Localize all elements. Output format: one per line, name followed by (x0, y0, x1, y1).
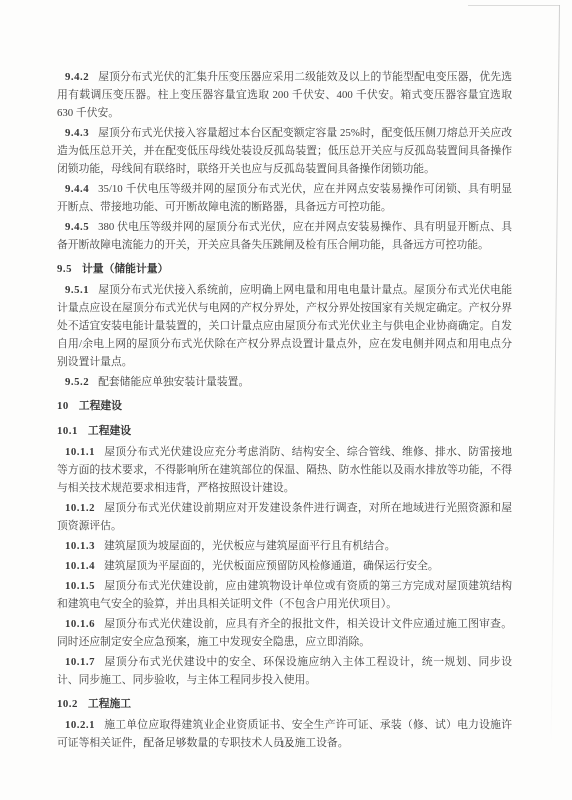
document-content: 9.4.2屋顶分布式光伏的汇集升压变压器应采用二级能效及以上的节能型配电变压器，… (57, 66, 512, 752)
clause: 9.4.5380 伏电压等级并网的屋顶分布式光伏，应在并网点安装易操作、具有明显… (57, 216, 512, 254)
clause-number: 10.1.2 (65, 502, 95, 514)
clause: 9.4.2屋顶分布式光伏的汇集升压变压器应采用二级能效及以上的节能型配电变压器，… (57, 66, 512, 122)
clause: 9.4.3屋顶分布式光伏接入容量超过本台区配变额定容量 25%时，配变低压侧刀熔… (57, 122, 512, 178)
clause-number: 9.4.4 (65, 183, 89, 195)
section-title: 计量（储能计量） (82, 263, 168, 275)
clause-number: 10.1.1 (65, 446, 95, 458)
clause: 10.1.3建筑屋顶为坡屋面的，光伏板应与建筑屋面平行且有机结合。 (57, 535, 512, 555)
clause-number: 10.2.1 (65, 719, 95, 731)
clause-text: 配套储能应单独安装计量装置。 (98, 376, 249, 388)
clause-text: 建筑屋顶为坡屋面的，光伏板应与建筑屋面平行且有机结合。 (104, 540, 396, 552)
clause-text: 屋顶分布式光伏接入容量超过本台区配变额定容量 25%时，配变低压侧刀熔总开关应改… (57, 127, 512, 175)
clause: 9.4.435/10 千伏电压等级并网的屋顶分布式光伏，应在并网点安装易操作可闭… (57, 178, 512, 216)
section-heading: 10.1工程建设 (57, 416, 512, 441)
clause-text: 屋顶分布式光伏建设前，应具有齐全的报批文件，相关设计文件应通过施工图审查。同时还… (57, 618, 512, 648)
clause-text: 屋顶分布式光伏接入系统前，应明确上网电量和用电电量计量点。屋顶分布式光伏电能计量… (57, 284, 512, 368)
section-number: 9.5 (57, 263, 72, 275)
section-title: 工程建设 (79, 400, 122, 412)
clause-number: 9.4.5 (65, 221, 89, 233)
scan-edge-top-line (468, 5, 560, 6)
section-title: 工程建设 (88, 425, 131, 437)
section-heading: 10.2工程施工 (57, 689, 512, 714)
clause-number: 10.1.3 (65, 540, 95, 552)
clause-text: 建筑屋顶为平屋面的，光伏板面应预留防风检修通道，确保运行安全。 (104, 560, 439, 572)
clause: 10.1.2屋顶分布式光伏建设前期应对开发建设条件进行调查，对所在地域进行光照资… (57, 497, 512, 535)
clause: 10.1.4建筑屋顶为平屋面的，光伏板面应预留防风检修通道，确保运行安全。 (57, 555, 512, 575)
clause-text: 屋顶分布式光伏的汇集升压变压器应采用二级能效及以上的节能型配电变压器，优先选用有… (57, 71, 512, 119)
clause: 10.1.7屋顶分布式光伏建设中的安全、环保设施应纳入主体工程设计，统一规划、同… (57, 651, 512, 689)
scan-edge-right-line (551, 5, 560, 747)
clause-number: 10.1.6 (65, 618, 95, 630)
section-heading: 10工程建设 (57, 391, 512, 416)
clause-number: 10.1.7 (65, 656, 95, 668)
clause: 10.1.5屋顶分布式光伏建设前，应由建筑物设计单位或有资质的第三方完成对屋顶建… (57, 575, 512, 613)
clause-number: 9.5.1 (65, 284, 89, 296)
clause-number: 10.1.4 (65, 560, 95, 572)
clause: 9.5.1屋顶分布式光伏接入系统前，应明确上网电量和用电电量计量点。屋顶分布式光… (57, 279, 512, 371)
clause: 10.1.6屋顶分布式光伏建设前，应具有齐全的报批文件，相关设计文件应通过施工图… (57, 613, 512, 651)
document-page: 9.4.2屋顶分布式光伏的汇集升压变压器应采用二级能效及以上的节能型配电变压器，… (0, 0, 572, 800)
clause-text: 35/10 千伏电压等级并网的屋顶分布式光伏，应在并网点安装易操作可闭锁、具有明… (57, 183, 512, 213)
clause-text: 屋顶分布式光伏建设中的安全、环保设施应纳入主体工程设计，统一规划、同步设计、同步… (57, 656, 512, 686)
clause-text: 屋顶分布式光伏建设应充分考虑消防、结构安全、综合管线、维修、排水、防雷接地等方面… (57, 446, 512, 494)
section-title: 工程施工 (88, 698, 131, 710)
clause: 9.5.2配套储能应单独安装计量装置。 (57, 371, 512, 391)
clause-number: 9.4.3 (65, 127, 89, 139)
section-number: 10 (57, 400, 69, 412)
page-number: 15 (0, 740, 572, 750)
clause-number: 9.4.2 (65, 71, 89, 83)
clause-text: 屋顶分布式光伏建设前期应对开发建设条件进行调查，对所在地域进行光照资源和屋顶资源… (57, 502, 512, 532)
section-number: 10.2 (57, 698, 78, 710)
section-number: 10.1 (57, 425, 78, 437)
clause-text: 380 伏电压等级并网的屋顶分布式光伏，应在并网点安装易操作、具有明显开断点、具… (57, 221, 512, 251)
clause: 10.1.1屋顶分布式光伏建设应充分考虑消防、结构安全、综合管线、维修、排水、防… (57, 441, 512, 497)
section-heading: 9.5计量（储能计量） (57, 254, 512, 279)
clause-number: 10.1.5 (65, 580, 95, 592)
clause-text: 屋顶分布式光伏建设前，应由建筑物设计单位或有资质的第三方完成对屋顶建筑结构和建筑… (57, 580, 512, 610)
clause-number: 9.5.2 (65, 376, 89, 388)
